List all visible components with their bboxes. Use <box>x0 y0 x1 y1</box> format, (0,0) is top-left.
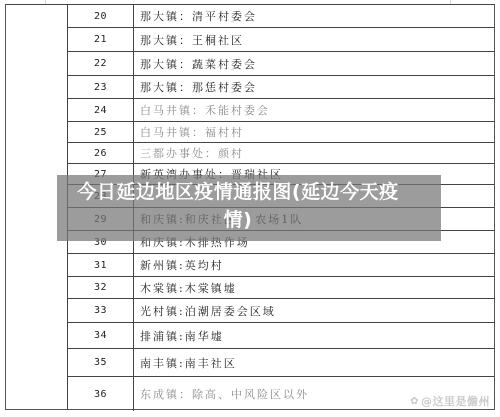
table-row: 23那大镇：那恁村委会 <box>68 76 494 99</box>
row-location: 排浦镇:南华墟 <box>134 328 494 344</box>
row-location: 那大镇：那恁村委会 <box>134 79 494 95</box>
row-number: 35 <box>68 349 134 376</box>
table-row: 26三都办事处：颜村 <box>68 143 494 164</box>
watermark: ✿ @这里是儋州 <box>410 393 490 409</box>
table-row: 34排浦镇:南华墟 <box>68 323 494 349</box>
row-location: 光村镇:泊潮居委会区域 <box>134 303 494 319</box>
row-location: 新州镇:英均村 <box>134 257 494 273</box>
row-location: 那大镇：清平村委会 <box>134 8 494 24</box>
row-number: 25 <box>68 122 134 142</box>
watermark-text: @这里是儋州 <box>421 393 490 409</box>
table-row: 22那大镇：蔬菜村委会 <box>68 52 494 76</box>
table-row: 32木棠镇:木棠镇墟 <box>68 277 494 299</box>
row-number: 24 <box>68 99 134 121</box>
row-number: 34 <box>68 323 134 348</box>
row-number: 31 <box>68 254 134 276</box>
row-location: 那大镇：王桐社区 <box>134 32 494 48</box>
row-location: 木棠镇:木棠镇墟 <box>134 280 494 296</box>
table-row: 21那大镇：王桐社区 <box>68 28 494 52</box>
row-number: 20 <box>68 5 134 27</box>
table-row: 20那大镇：清平村委会 <box>68 5 494 28</box>
row-location: 那大镇：蔬菜村委会 <box>134 56 494 72</box>
table-row: 31新州镇:英均村 <box>68 254 494 277</box>
table-row: 25白马井镇：福村村 <box>68 122 494 143</box>
row-location: 南丰镇:南丰社区 <box>134 355 494 371</box>
row-number: 26 <box>68 143 134 163</box>
row-number: 36 <box>68 377 134 411</box>
table-row: 33光村镇:泊潮居委会区域 <box>68 299 494 323</box>
row-number: 33 <box>68 299 134 322</box>
paw-icon: ✿ <box>410 396 419 407</box>
row-location: 白马井镇：禾能村委会 <box>134 102 494 118</box>
table-row: 35南丰镇:南丰社区 <box>68 349 494 377</box>
row-number: 22 <box>68 52 134 75</box>
overlay-title: 今日延边地区疫情通报图(延边今天疫情) <box>68 178 408 234</box>
table-row: 24白马井镇：禾能村委会 <box>68 99 494 122</box>
row-number: 23 <box>68 76 134 98</box>
row-number: 32 <box>68 277 134 298</box>
row-number: 21 <box>68 28 134 51</box>
row-location: 白马井镇：福村村 <box>134 124 494 140</box>
row-location: 三都办事处：颜村 <box>134 145 494 161</box>
